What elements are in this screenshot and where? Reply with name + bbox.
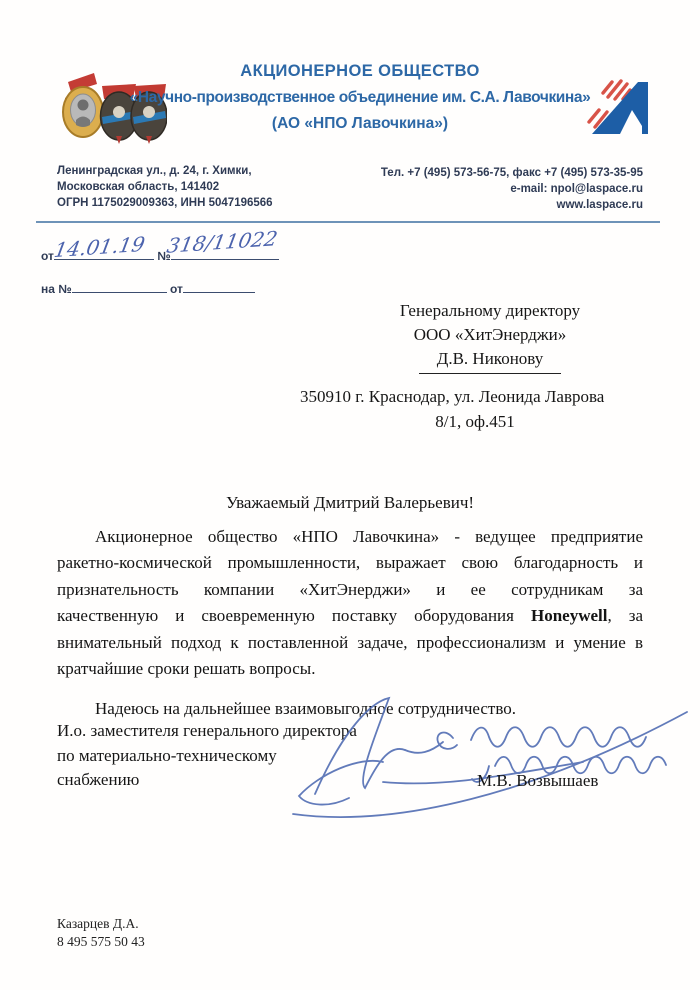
recipient-block: Генеральному директору ООО «ХитЭнерджи» … (365, 299, 615, 374)
handwritten-signature (285, 686, 700, 826)
recipient-position: Генеральному директору (365, 299, 615, 323)
body-line: ракетно-космической промышленности, выра… (57, 550, 643, 577)
recipient-address: 350910 г. Краснодар, ул. Леонида Лаврова… (300, 384, 650, 434)
org-contacts: Тел. +7 (495) 573-56-75, факс +7 (495) 5… (381, 165, 643, 213)
reference-incoming: на № от (41, 281, 255, 296)
address-line: Ленинградская ул., д. 24, г. Химки, (57, 163, 273, 179)
body-line: качественную и своевременную поставку об… (57, 603, 643, 630)
org-shortname: (АО «НПО Лавочкина») (125, 115, 595, 133)
executor-phone: 8 495 575 50 43 (57, 933, 145, 951)
address-line: Московская область, 141402 (57, 179, 273, 195)
org-postal-address: Ленинградская ул., д. 24, г. Химки, Моск… (57, 163, 273, 211)
salutation: Уважаемый Дмитрий Валерьевич! (57, 490, 643, 517)
body-line: Акционерное общество «НПО Лавочкина» - в… (57, 524, 643, 551)
org-fullname: «Научно-производственное объединение им.… (125, 89, 595, 107)
contact-line: Тел. +7 (495) 573-56-75, факс +7 (495) 5… (381, 165, 643, 181)
ref-on-from-label: от (170, 282, 183, 296)
brand-name-bold: Honeywell (531, 606, 608, 625)
address-line: ОГРН 1175029009363, ИНН 5047196566 (57, 195, 273, 211)
contact-line: www.laspace.ru (381, 197, 643, 213)
letter-page: АКЦИОНЕРНОЕ ОБЩЕСТВО «Научно-производств… (0, 0, 700, 990)
body-line: кратчайшие сроки решать вопросы. (57, 656, 643, 683)
executor-name: Казарцев Д.А. (57, 915, 145, 933)
recipient-address-line: 350910 г. Краснодар, ул. Леонида Лаврова (300, 384, 650, 409)
contact-line: e-mail: npol@laspace.ru (381, 181, 643, 197)
letterhead-org-block: АКЦИОНЕРНОЕ ОБЩЕСТВО «Научно-производств… (125, 62, 595, 133)
letterhead-divider (36, 221, 660, 223)
ref-on-no-label: на № (41, 282, 72, 296)
ref-on-number-blank (72, 281, 167, 293)
recipient-company: ООО «ХитЭнерджи» (365, 323, 615, 347)
lavochkin-logo-icon (586, 74, 662, 142)
ref-on-date-blank (183, 281, 255, 293)
recipient-name: Д.В. Никонову (419, 347, 562, 374)
org-type: АКЦИОНЕРНОЕ ОБЩЕСТВО (125, 62, 595, 81)
body-text: , за (607, 606, 643, 625)
executor-block: Казарцев Д.А. 8 495 575 50 43 (57, 915, 145, 951)
body-line: признательность компании «ХитЭнерджи» и … (57, 577, 643, 604)
recipient-address-line: 8/1, оф.451 (300, 409, 650, 434)
body-line: внимательный подход к поставленной задач… (57, 630, 643, 657)
body-text: качественную и своевременную поставку об… (57, 606, 531, 625)
signer-name: М.В. Возвышаев (477, 771, 598, 791)
